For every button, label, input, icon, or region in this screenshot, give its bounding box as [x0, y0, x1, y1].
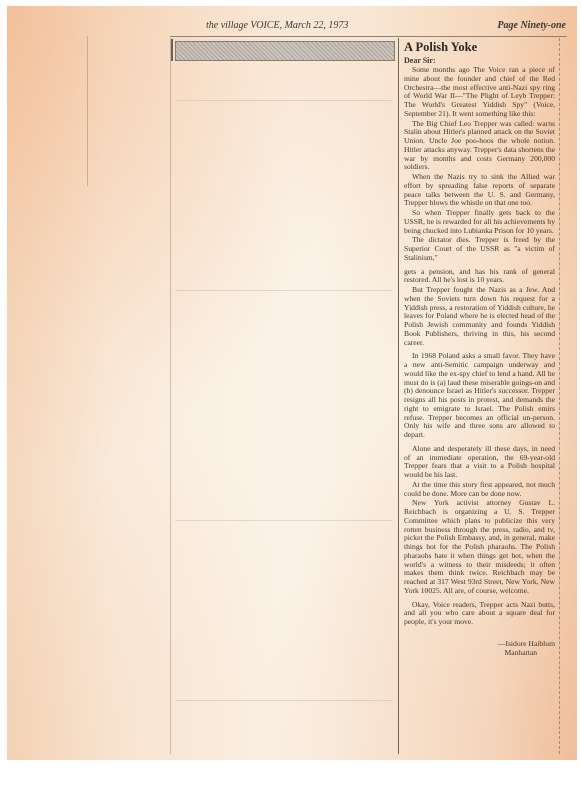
letter-paragraph: The dictator dies. Trepper is freed by t…: [404, 236, 555, 262]
letter-paragraph: In 1968 Poland asks a small favor. They …: [404, 352, 555, 440]
faded-text-line: [175, 290, 393, 291]
publication-date: March 22, 1973: [285, 20, 349, 31]
signature: —Isidore Haiblum: [498, 639, 555, 648]
salutation: Dear Sir:: [404, 56, 555, 65]
letter-paragraph: Okay, Voice readers, Trepper acts Nazi b…: [404, 601, 555, 627]
masthead-rule: [170, 36, 567, 37]
letter-paragraph: At the time this story first appeared, n…: [404, 481, 555, 499]
left-column-faded: [170, 38, 397, 754]
faded-text-line: [175, 520, 393, 521]
faded-text-line: [175, 100, 393, 101]
letter-title: A Polish Yoke: [404, 40, 555, 55]
faded-text-line: [175, 700, 393, 701]
letter-paragraph: New York activist attorney Gustav L. Rei…: [404, 499, 555, 595]
letter-paragraph: gets a pension, and has his rank of gene…: [404, 268, 555, 286]
letter-paragraph: Alone and desperately ill these days, in…: [404, 445, 555, 480]
letter-paragraph: So when Trepper finally gets back to the…: [404, 209, 555, 235]
signature-location: Manhattan: [404, 648, 555, 657]
letter-paragraph: When the Nazis try to sink the Allied wa…: [404, 173, 555, 208]
fold-crease: [87, 36, 88, 186]
column-bar: [171, 39, 173, 61]
letter-paragraph: The Big Chief Leo Trepper was called: wa…: [404, 120, 555, 173]
page-number: Page Ninety-one: [497, 20, 566, 31]
masthead: the village VOICE, March 22, 1973 Page N…: [206, 20, 566, 36]
letter-column: A Polish Yoke Dear Sir: Some months ago …: [398, 38, 560, 754]
signature-block: —Isidore Haiblum Manhattan: [404, 639, 555, 657]
letter-paragraph: Some months ago The Voice ran a piece of…: [404, 66, 555, 119]
publication-name: the village VOICE,: [206, 20, 282, 31]
faded-headline-banner: [175, 41, 395, 61]
publication-line: the village VOICE, March 22, 1973: [206, 20, 348, 31]
letter-paragraph: But Trepper fought the Nazis as a Jew. A…: [404, 286, 555, 347]
